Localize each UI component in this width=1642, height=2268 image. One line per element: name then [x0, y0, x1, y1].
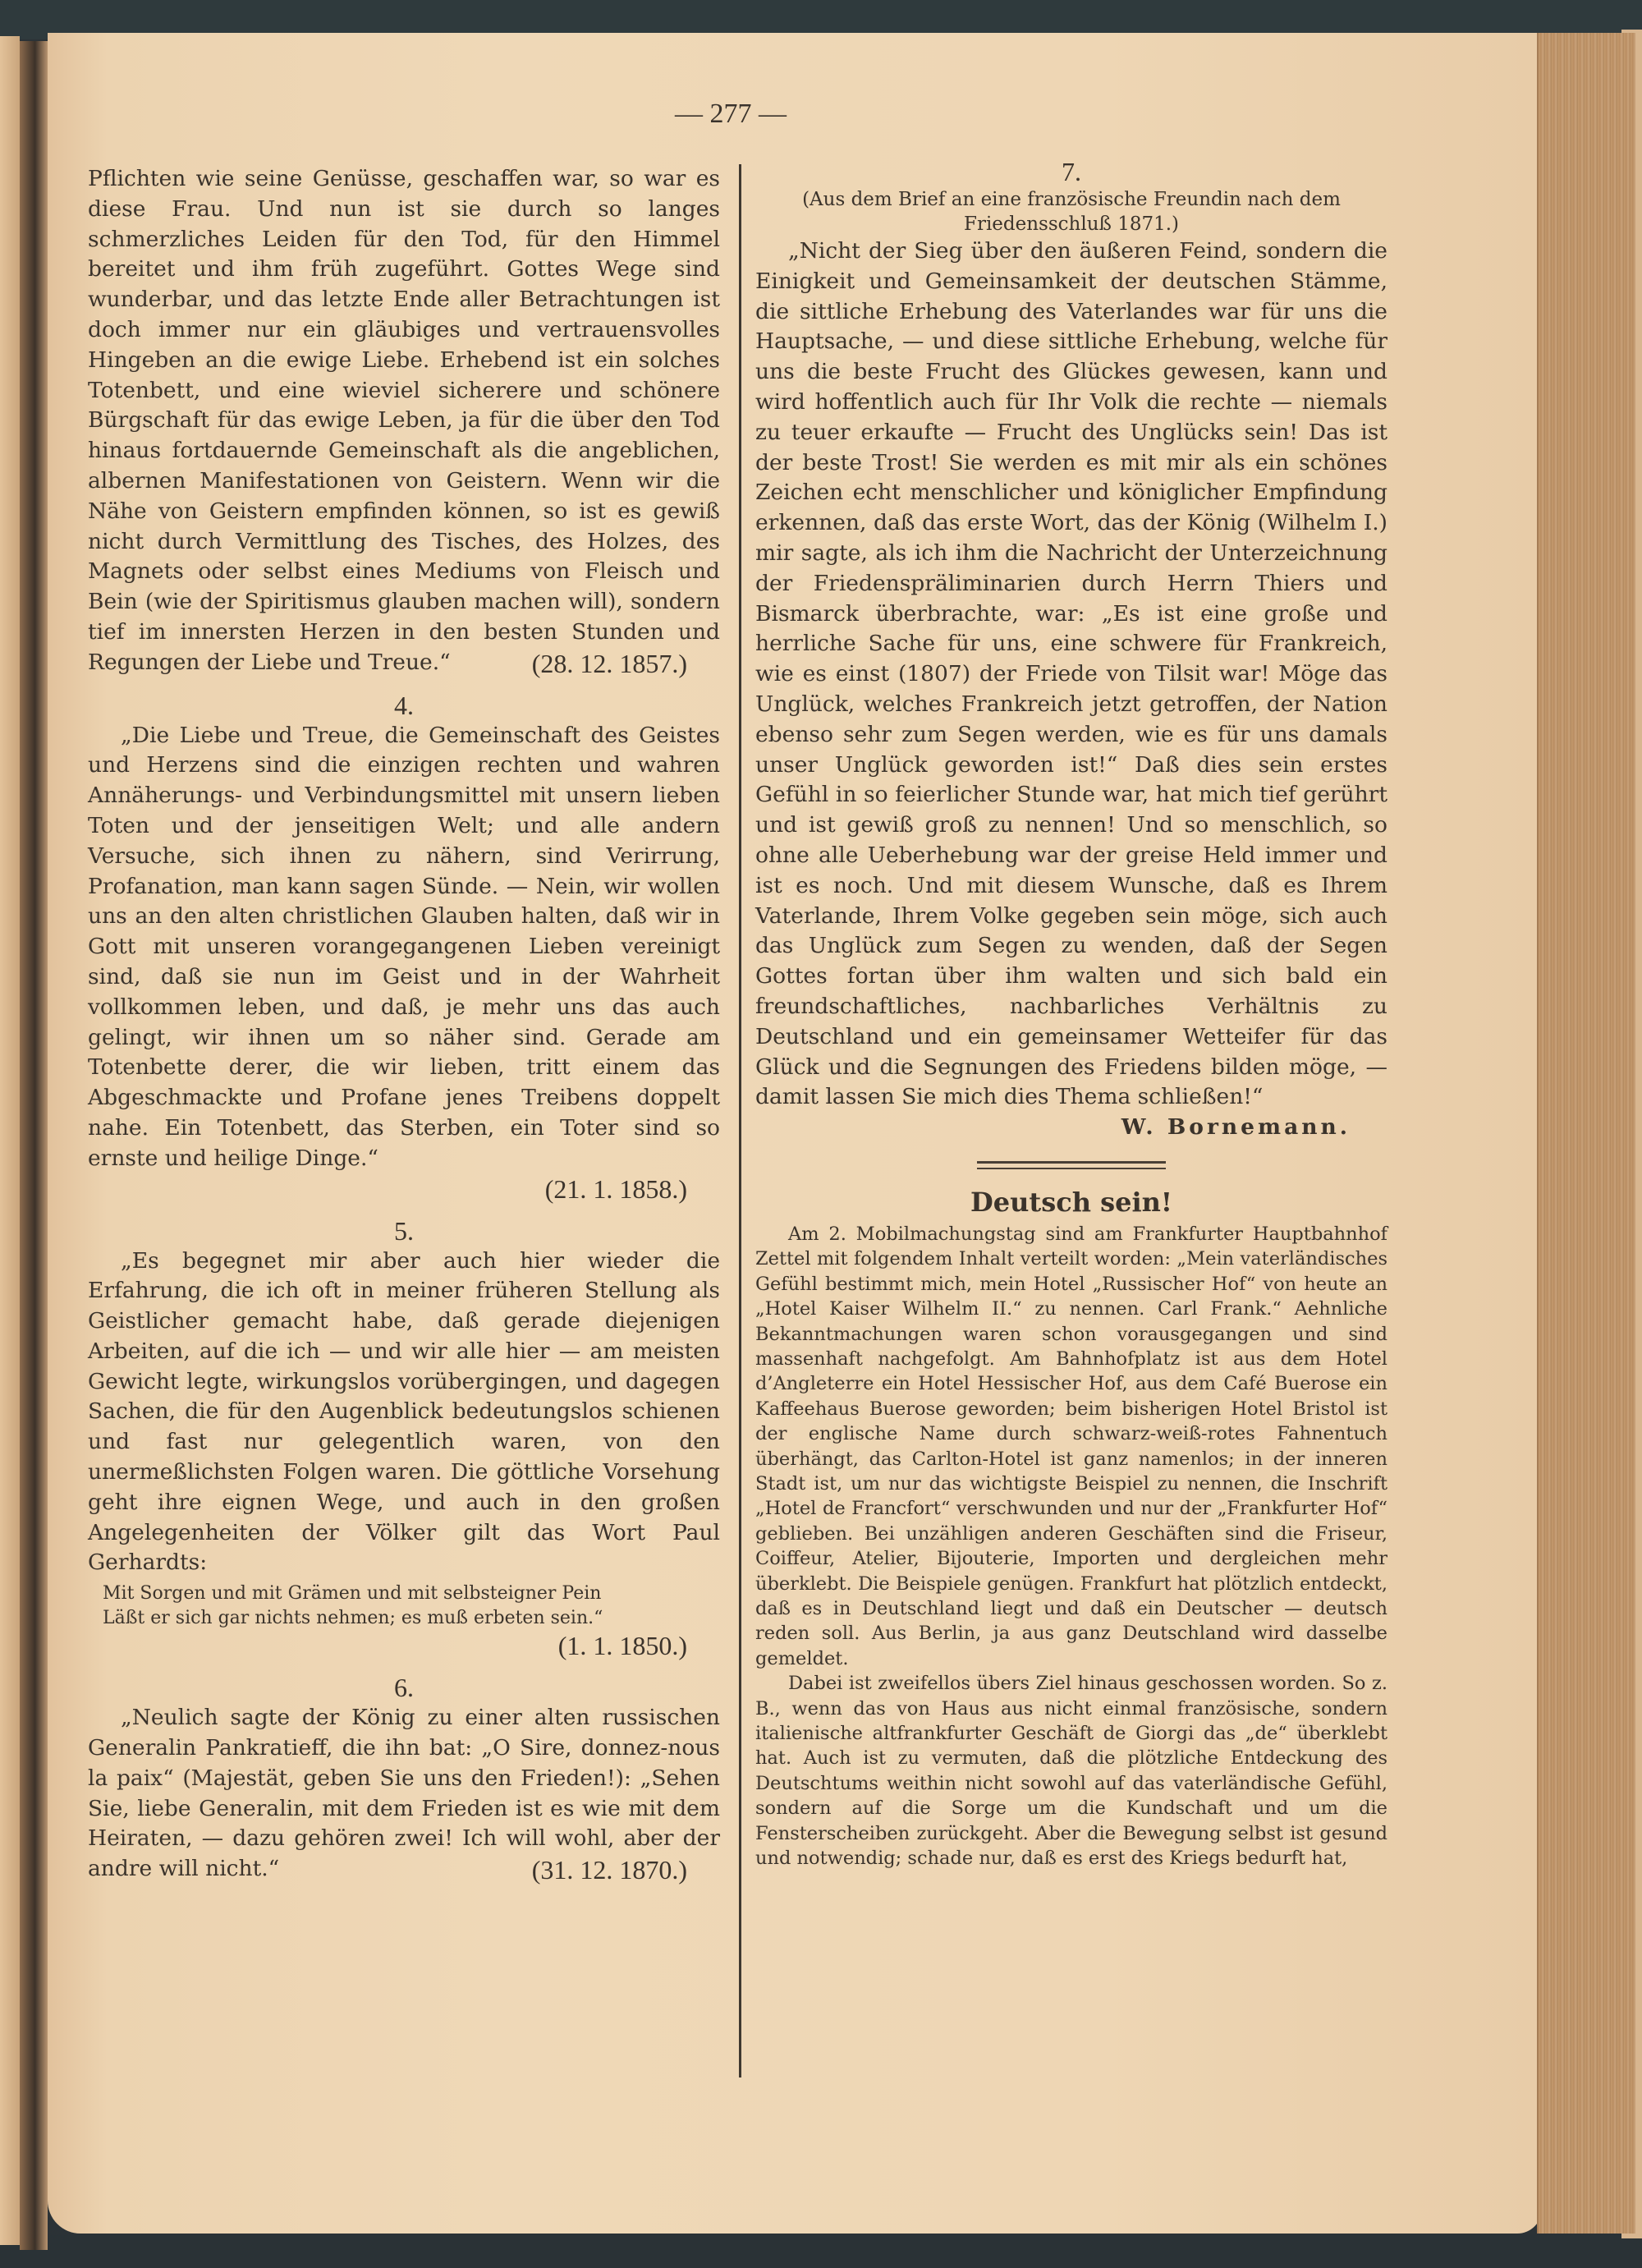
- section-date: (1. 1. 1850.): [88, 1631, 720, 1660]
- verse-line: Mit Sorgen und mit Grämen und mit selbst…: [103, 1582, 720, 1606]
- book-cover-bottom: [0, 2235, 1642, 2268]
- intro-paragraph: Pflichten wie seine Genüsse, geschaffen …: [88, 164, 720, 678]
- right-column: 7. (Aus dem Brief an eine französische F…: [755, 156, 1387, 1871]
- previous-page-edge: [0, 36, 20, 2245]
- double-rule-divider: [977, 1161, 1166, 1169]
- verse-quote: Mit Sorgen und mit Grämen und mit selbst…: [103, 1582, 720, 1631]
- section-number: 6.: [88, 1672, 720, 1703]
- section-number: 7.: [755, 156, 1387, 187]
- article-paragraph: Am 2. Mobilmachungstag sind am Frankfurt…: [755, 1222, 1387, 1671]
- verse-line: Läßt er sich gar nichts nehmen; es muß e…: [103, 1606, 720, 1631]
- article-title: Deutsch sein!: [755, 1182, 1387, 1222]
- book-gutter: [20, 41, 48, 2250]
- page-stack-edges: [1537, 33, 1635, 2234]
- page-number: — 277 —: [640, 99, 821, 130]
- author-signature: W. Bornemann.: [755, 1113, 1387, 1143]
- section-date: (21. 1. 1858.): [88, 1174, 720, 1204]
- article-paragraph: Dabei ist zweifellos übers Ziel hinaus g…: [755, 1671, 1387, 1871]
- section-text: „Nicht der Sieg über den äußeren Feind, …: [755, 236, 1387, 1113]
- section-number: 4.: [88, 690, 720, 721]
- section-number: 5.: [88, 1215, 720, 1246]
- section-text: „Die Liebe und Treue, die Gemeinschaft d…: [88, 721, 720, 1174]
- left-column: Pflichten wie seine Genüsse, geschaffen …: [88, 164, 720, 1885]
- section-subtitle: (Aus dem Brief an eine französische Freu…: [755, 187, 1387, 236]
- section-text: „Es begegnet mir aber auch hier wieder d…: [88, 1246, 720, 1579]
- column-divider: [739, 164, 741, 2077]
